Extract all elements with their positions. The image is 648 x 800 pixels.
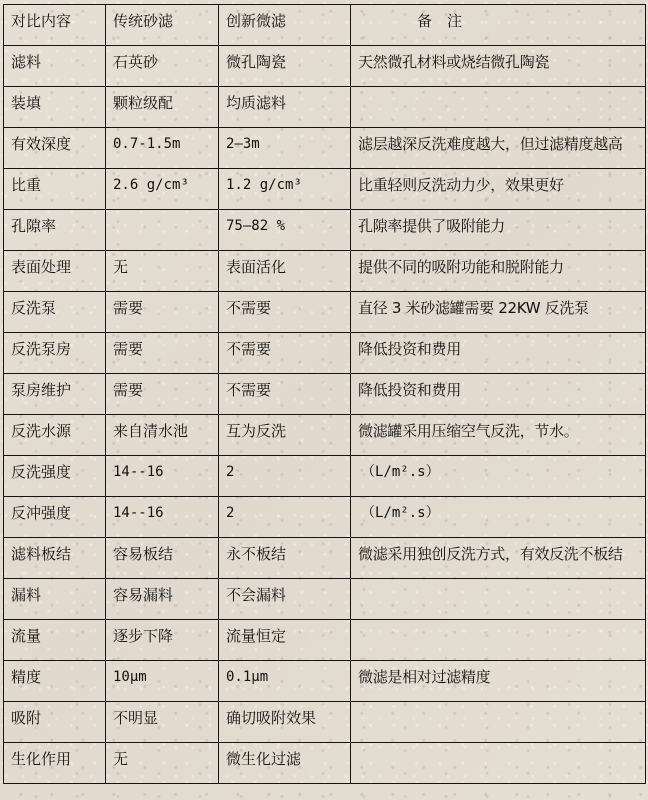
- cell-micro-filter: 1.2 g/cm³: [219, 169, 351, 210]
- cell-note: 滤层越深反洗难度越大，但过滤精度越高: [351, 128, 646, 169]
- cell-micro-filter: 微生化过滤: [219, 743, 351, 784]
- cell-sand-filter: 需要: [106, 333, 219, 374]
- cell-micro-filter: 确切吸附效果: [219, 702, 351, 743]
- table-row: 流量逐步下降流量恒定: [4, 620, 646, 661]
- cell-micro-filter: 表面活化: [219, 251, 351, 292]
- table-row: 表面处理无表面活化提供不同的吸附功能和脱附能力: [4, 251, 646, 292]
- cell-note: [351, 743, 646, 784]
- cell-micro-filter: 2: [219, 497, 351, 538]
- table-row: 滤料板结容易板结永不板结微滤采用独创反洗方式，有效反洗不板结: [4, 538, 646, 579]
- table-row: 生化作用无微生化过滤: [4, 743, 646, 784]
- cell-note: 微滤是相对过滤精度: [351, 661, 646, 702]
- table-row: 反洗水源来自清水池互为反洗微滤罐采用压缩空气反洗，节水。: [4, 415, 646, 456]
- table-row: 漏料容易漏料不会漏料: [4, 579, 646, 620]
- cell-note: （L/m².s）: [351, 497, 646, 538]
- table-row: 反洗强度14--162（L/m².s）: [4, 456, 646, 497]
- table-row: 有效深度0.7-1.5m2—3m滤层越深反洗难度越大，但过滤精度越高: [4, 128, 646, 169]
- cell-micro-filter: 2: [219, 456, 351, 497]
- table-row: 滤料石英砂微孔陶瓷天然微孔材料或烧结微孔陶瓷: [4, 46, 646, 87]
- cell-item: 滤料板结: [4, 538, 106, 579]
- cell-micro-filter: 流量恒定: [219, 620, 351, 661]
- table-row: 装填颗粒级配均质滤料: [4, 87, 646, 128]
- cell-item: 装填: [4, 87, 106, 128]
- cell-sand-filter: 容易漏料: [106, 579, 219, 620]
- cell-item: 生化作用: [4, 743, 106, 784]
- table-row: 反洗泵房需要不需要降低投资和费用: [4, 333, 646, 374]
- cell-note: 孔隙率提供了吸附能力: [351, 210, 646, 251]
- cell-micro-filter: 微孔陶瓷: [219, 46, 351, 87]
- cell-sand-filter: 14--16: [106, 456, 219, 497]
- cell-sand-filter: 不明显: [106, 702, 219, 743]
- cell-sand-filter: 需要: [106, 292, 219, 333]
- header-item: 对比内容: [4, 5, 106, 46]
- cell-micro-filter: 不需要: [219, 333, 351, 374]
- cell-item: 反洗强度: [4, 456, 106, 497]
- cell-item: 反冲强度: [4, 497, 106, 538]
- cell-note: [351, 87, 646, 128]
- cell-note: 微滤采用独创反洗方式，有效反洗不板结: [351, 538, 646, 579]
- cell-micro-filter: 2—3m: [219, 128, 351, 169]
- table-row: 孔隙率75—82 %孔隙率提供了吸附能力: [4, 210, 646, 251]
- header-row: 对比内容 传统砂滤 创新微滤 备 注: [4, 5, 646, 46]
- cell-micro-filter: 75—82 %: [219, 210, 351, 251]
- cell-note: （L/m².s）: [351, 456, 646, 497]
- cell-micro-filter: 0.1μm: [219, 661, 351, 702]
- cell-item: 吸附: [4, 702, 106, 743]
- cell-note: 提供不同的吸附功能和脱附能力: [351, 251, 646, 292]
- comparison-table-container: 对比内容 传统砂滤 创新微滤 备 注 滤料石英砂微孔陶瓷天然微孔材料或烧结微孔陶…: [3, 4, 646, 784]
- cell-item: 表面处理: [4, 251, 106, 292]
- table-row: 精度10μm0.1μm微滤是相对过滤精度: [4, 661, 646, 702]
- cell-note: 微滤罐采用压缩空气反洗，节水。: [351, 415, 646, 456]
- cell-sand-filter: 颗粒级配: [106, 87, 219, 128]
- cell-micro-filter: 不需要: [219, 374, 351, 415]
- cell-note: [351, 702, 646, 743]
- cell-item: 漏料: [4, 579, 106, 620]
- cell-item: 精度: [4, 661, 106, 702]
- cell-sand-filter: 无: [106, 743, 219, 784]
- cell-micro-filter: 均质滤料: [219, 87, 351, 128]
- header-micro-filter: 创新微滤: [219, 5, 351, 46]
- cell-note: 天然微孔材料或烧结微孔陶瓷: [351, 46, 646, 87]
- cell-note: 直径 3 米砂滤罐需要 22KW 反洗泵: [351, 292, 646, 333]
- cell-note: 比重轻则反洗动力少，效果更好: [351, 169, 646, 210]
- cell-note: 降低投资和费用: [351, 374, 646, 415]
- cell-sand-filter: 逐步下降: [106, 620, 219, 661]
- cell-sand-filter: 无: [106, 251, 219, 292]
- cell-item: 反洗水源: [4, 415, 106, 456]
- cell-item: 孔隙率: [4, 210, 106, 251]
- cell-item: 反洗泵: [4, 292, 106, 333]
- cell-sand-filter: 2.6 g/cm³: [106, 169, 219, 210]
- cell-sand-filter: 14--16: [106, 497, 219, 538]
- table-row: 比重2.6 g/cm³1.2 g/cm³比重轻则反洗动力少，效果更好: [4, 169, 646, 210]
- cell-sand-filter: [106, 210, 219, 251]
- cell-note: [351, 579, 646, 620]
- table-row: 吸附不明显确切吸附效果: [4, 702, 646, 743]
- cell-item: 反洗泵房: [4, 333, 106, 374]
- table-row: 反洗泵需要不需要直径 3 米砂滤罐需要 22KW 反洗泵: [4, 292, 646, 333]
- cell-micro-filter: 不需要: [219, 292, 351, 333]
- cell-item: 滤料: [4, 46, 106, 87]
- cell-item: 有效深度: [4, 128, 106, 169]
- cell-sand-filter: 0.7-1.5m: [106, 128, 219, 169]
- cell-micro-filter: 不会漏料: [219, 579, 351, 620]
- cell-note: [351, 620, 646, 661]
- cell-item: 泵房维护: [4, 374, 106, 415]
- cell-sand-filter: 10μm: [106, 661, 219, 702]
- cell-micro-filter: 互为反洗: [219, 415, 351, 456]
- comparison-table: 对比内容 传统砂滤 创新微滤 备 注 滤料石英砂微孔陶瓷天然微孔材料或烧结微孔陶…: [3, 4, 646, 784]
- cell-sand-filter: 容易板结: [106, 538, 219, 579]
- header-sand-filter: 传统砂滤: [106, 5, 219, 46]
- cell-item: 比重: [4, 169, 106, 210]
- cell-micro-filter: 永不板结: [219, 538, 351, 579]
- table-row: 反冲强度14--162（L/m².s）: [4, 497, 646, 538]
- cell-sand-filter: 石英砂: [106, 46, 219, 87]
- cell-item: 流量: [4, 620, 106, 661]
- table-row: 泵房维护需要不需要降低投资和费用: [4, 374, 646, 415]
- cell-sand-filter: 需要: [106, 374, 219, 415]
- cell-note: 降低投资和费用: [351, 333, 646, 374]
- cell-sand-filter: 来自清水池: [106, 415, 219, 456]
- header-note: 备 注: [351, 5, 646, 46]
